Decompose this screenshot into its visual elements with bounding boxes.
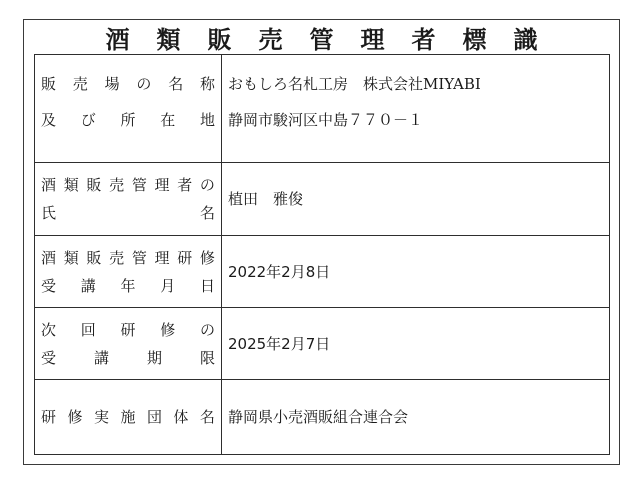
row-store-name-address: 販 売 場 の 名 称 及 び 所 在 地 おもしろ名札工房 株式会社MIYAB… (35, 55, 610, 163)
label-char: 酒 (41, 171, 56, 199)
row-manager-name: 酒 類 販 売 管 理 者 の 氏 名 植田 雅俊 (35, 163, 610, 236)
label-char: 次 (41, 316, 56, 344)
label-char: 販 (86, 244, 101, 272)
label-char: 氏 (41, 199, 56, 227)
label-char: 修 (67, 403, 82, 431)
label-char: 年 (120, 272, 135, 300)
label-char: 販 (86, 171, 101, 199)
label-char: 管 (132, 171, 147, 199)
row-next-training-deadline: 次 回 研 修 の 受 講 期 限 2025年2月7日 (35, 308, 610, 380)
label-char: 月 (160, 272, 175, 300)
label-char: 者 (177, 171, 192, 199)
title-char: 売 (259, 20, 310, 55)
title-char: 理 (361, 20, 412, 55)
label-char: 所 (120, 106, 135, 134)
label-char: 売 (73, 70, 88, 98)
store-address: 静岡市駿河区中島７７０－１ (228, 106, 609, 134)
row-training-organization: 研 修 実 施 団 体 名 静岡県小売酒販組合連合会 (35, 380, 610, 455)
label-char: 期 (147, 344, 162, 372)
label-char: 修 (200, 244, 215, 272)
value-store-name-address: おもしろ名札工房 株式会社MIYABI 静岡市駿河区中島７７０－１ (222, 55, 610, 163)
label-char: 酒 (41, 244, 56, 272)
title-char: 識 (514, 20, 565, 55)
label-training-organization: 研 修 実 施 団 体 名 (35, 380, 222, 455)
label-char: 類 (64, 171, 79, 199)
label-char: 販 (41, 70, 56, 98)
value-manager-name: 植田 雅俊 (222, 163, 610, 236)
manager-name: 植田 雅俊 (228, 185, 609, 213)
title-char: 管 (310, 20, 361, 55)
label-char: 団 (147, 403, 162, 431)
label-manager-name: 酒 類 販 売 管 理 者 の 氏 名 (35, 163, 222, 236)
label-char: 称 (200, 70, 215, 98)
label-char: の (136, 70, 151, 98)
label-char: 売 (109, 171, 124, 199)
label-char: 実 (94, 403, 109, 431)
label-char: 施 (120, 403, 135, 431)
label-char: 限 (200, 344, 215, 372)
value-training-date: 2022年2月8日 (222, 236, 610, 308)
label-char: 名 (168, 70, 183, 98)
label-store-name-address: 販 売 場 の 名 称 及 び 所 在 地 (35, 55, 222, 163)
title-char: 標 (463, 20, 514, 55)
next-training-deadline: 2025年2月7日 (228, 330, 609, 358)
label-char: の (200, 171, 215, 199)
label-char: 理 (155, 171, 170, 199)
label-char: び (81, 106, 96, 134)
label-char: 理 (155, 244, 170, 272)
training-organization: 静岡県小売酒販組合連合会 (228, 403, 609, 431)
info-table: 販 売 場 の 名 称 及 び 所 在 地 おもしろ名札工房 株式会社MIYAB… (34, 54, 610, 455)
label-char: 売 (109, 244, 124, 272)
label-char: 名 (200, 199, 215, 227)
value-next-training-deadline: 2025年2月7日 (222, 308, 610, 380)
title-char: 者 (412, 20, 463, 55)
sign-title: 酒 類 販 売 管 理 者 標 識 (23, 19, 620, 55)
label-char: 講 (81, 272, 96, 300)
label-training-date: 酒 類 販 売 管 理 研 修 受 講 年 月 日 (35, 236, 222, 308)
label-char: 地 (200, 106, 215, 134)
title-char: 販 (208, 20, 259, 55)
label-char: 回 (81, 316, 96, 344)
title-char: 酒 (106, 20, 157, 55)
label-next-training-deadline: 次 回 研 修 の 受 講 期 限 (35, 308, 222, 380)
label-char: 日 (200, 272, 215, 300)
label-char: 受 (41, 344, 56, 372)
label-char: 研 (41, 403, 56, 431)
label-char: 名 (200, 403, 215, 431)
row-training-date: 酒 類 販 売 管 理 研 修 受 講 年 月 日 2022年2月8日 (35, 236, 610, 308)
label-char: の (200, 316, 215, 344)
label-char: 及 (41, 106, 56, 134)
label-char: 類 (64, 244, 79, 272)
label-char: 研 (177, 244, 192, 272)
label-char: 場 (105, 70, 120, 98)
label-char: 受 (41, 272, 56, 300)
label-char: 体 (173, 403, 188, 431)
label-char: 講 (94, 344, 109, 372)
label-char: 管 (132, 244, 147, 272)
training-date: 2022年2月8日 (228, 258, 609, 286)
label-char: 在 (160, 106, 175, 134)
label-char: 修 (160, 316, 175, 344)
label-char: 研 (120, 316, 135, 344)
store-name: おもしろ名札工房 株式会社MIYABI (228, 70, 609, 98)
title-char: 類 (157, 20, 208, 55)
value-training-organization: 静岡県小売酒販組合連合会 (222, 380, 610, 455)
